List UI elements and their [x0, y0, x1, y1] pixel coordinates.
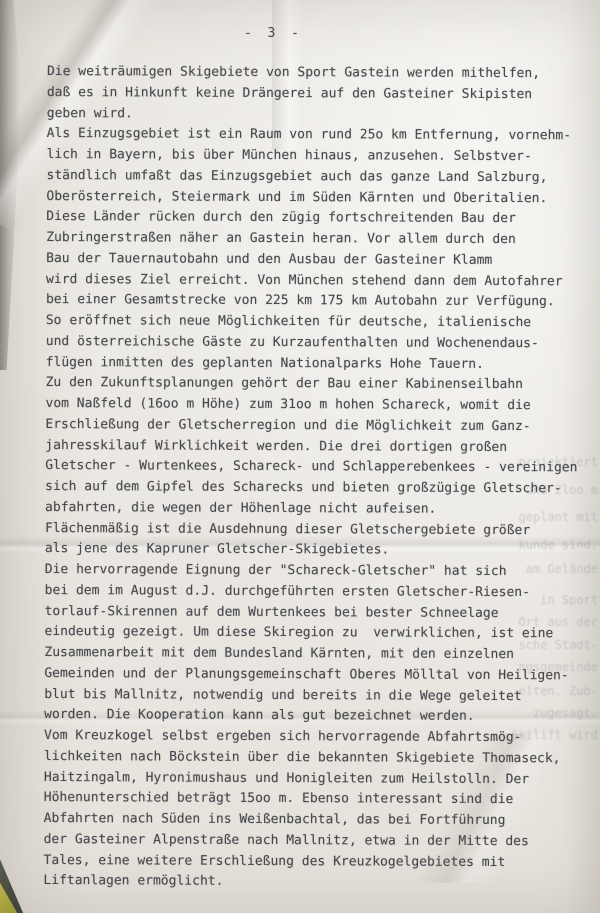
text-line: Vom Kreuzkogel selbst ergeben sich hervo… [44, 726, 587, 749]
text-line: Bau der Tauernautobahn und den Ausbau de… [46, 249, 589, 272]
text-line: eindeutig gezeigt. Um diese Skiregion zu… [44, 622, 587, 645]
text-line: Oberösterreich, Steiermark und im Süden … [46, 186, 589, 209]
text-line: geben wird. [47, 103, 590, 126]
text-line: Die weiträumigen Skigebiete von Sport Ga… [47, 62, 590, 85]
text-line: Zubringerstraßen näher an Gastein heran.… [46, 228, 589, 251]
text-line: wird dieses Ziel erreicht. Von München s… [46, 269, 589, 292]
document-text: Die weiträumigen Skigebiete von Sport Ga… [43, 62, 590, 894]
text-line: Gletscher - Wurtenkees, Schareck- und Sc… [45, 456, 588, 479]
text-line: Gemeinden und der Planungsgemeinschaft O… [44, 664, 587, 687]
text-line: worden. Die Kooperation kann als gut bez… [44, 705, 587, 728]
document-photo: projektiertund 2loo mgeplant mitkunde si… [0, 0, 600, 913]
text-line: der Gasteiner Alpenstraße nach Mallnitz,… [44, 830, 587, 853]
text-line: bei einer Gesamtstrecke von 225 km 175 k… [46, 290, 589, 313]
text-line: Diese Länder rücken durch den zügig fort… [46, 207, 589, 230]
text-line: bei dem im August d.J. durchgeführten er… [45, 581, 588, 604]
text-line: blut bis Mallnitz, notwendig und bereits… [44, 684, 587, 707]
text-line: sich auf dem Gipfel des Scharecks und bi… [45, 477, 588, 500]
paper-sheet: projektiertund 2loo mgeplant mitkunde si… [0, 0, 600, 913]
text-line: vom Naßfeld (16oo m Höhe) zum 31oo m hoh… [45, 394, 588, 417]
text-line: Die hervorragende Eignung der "Schareck-… [45, 560, 588, 583]
text-line: als jene des Kapruner Gletscher-Skigebie… [45, 539, 588, 562]
text-line: Abfahrten nach Süden ins Weißenbachtal, … [44, 809, 587, 832]
text-line: und österreichische Gäste zu Kurzaufenth… [46, 332, 589, 355]
text-line: Flächenmäßig ist die Ausdehnung dieser G… [45, 518, 588, 541]
text-line: jahresskilauf Wirklichkeit werden. Die d… [45, 435, 588, 458]
text-line: Haitzingalm, Hyronimushaus und Honigleit… [44, 767, 587, 790]
page-number: - 3 - [244, 26, 299, 41]
text-line: Höhenunterschied beträgt 15oo m. Ebenso … [44, 788, 587, 811]
text-line: lichkeiten nach Böckstein über die bekan… [44, 747, 587, 770]
text-line: abfahrten, die wegen der Höhenlage nicht… [45, 498, 588, 521]
text-line: torlauf-Skirennen auf dem Wurtenkees bei… [45, 601, 588, 624]
text-line: Zusammenarbeit mit dem Bundesland Kärnte… [44, 643, 587, 666]
text-line: flügen inmitten des geplanten Nationalpa… [46, 352, 589, 375]
text-line: daß es in Hinkunft keine Drängerei auf d… [47, 83, 590, 106]
text-line: Tales, eine weitere Erschließung des Kre… [43, 850, 586, 873]
text-line: So eröffnet sich neue Möglichkeiten für … [46, 311, 589, 334]
text-line: Liftanlagen ermöglicht. [43, 871, 586, 894]
text-line: Als Einzugsgebiet ist ein Raum von rund … [47, 124, 590, 147]
text-line: Erschließung der Gletscherregion und die… [45, 415, 588, 438]
text-line: lich in Bayern, bis über München hinaus,… [47, 145, 590, 168]
text-line: ständlich umfaßt das Einzugsgebiet auch … [46, 166, 589, 189]
text-line: Zu den Zukunftsplanungen gehört der Bau … [46, 373, 589, 396]
